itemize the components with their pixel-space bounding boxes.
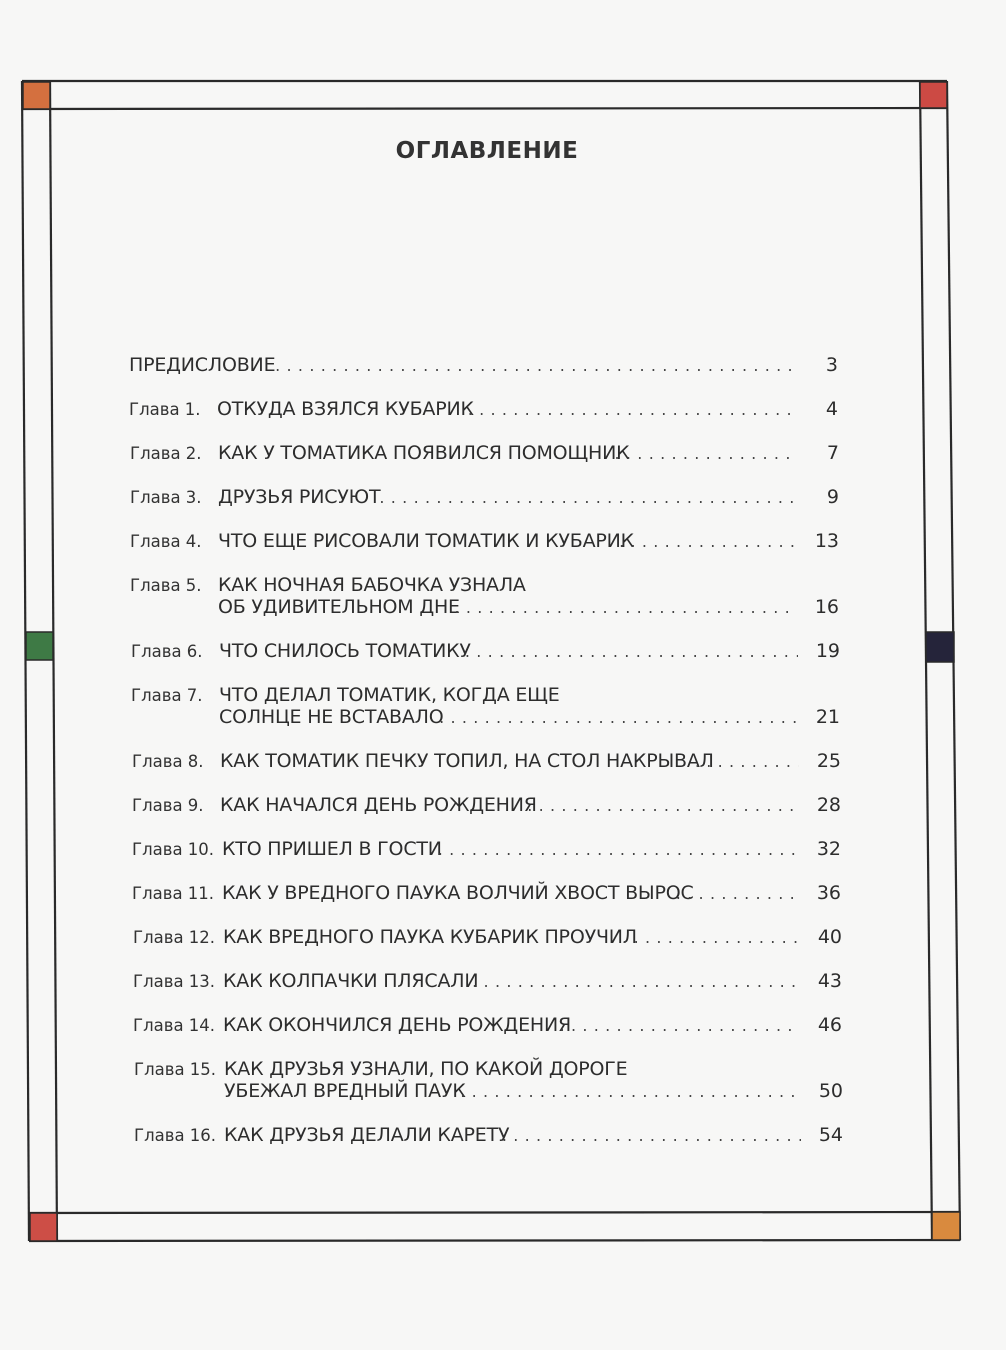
page-number: 32 <box>801 838 841 860</box>
dot-leader: ........................................… <box>438 839 799 861</box>
chapter-label: Глава 5. <box>130 575 202 597</box>
page-number: 7 <box>799 442 839 464</box>
page-number: 19 <box>800 640 840 662</box>
page-number: 54 <box>803 1124 843 1146</box>
chapter-title: ПРЕДИСЛОВИЕ <box>129 354 275 376</box>
dot-leader: ........................................… <box>275 355 796 377</box>
dot-leader: ........................................… <box>527 795 799 817</box>
page-number: 43 <box>802 970 842 992</box>
page-number: 21 <box>800 706 840 728</box>
chapter-title: КАК ОКОНЧИЛСЯ ДЕНЬ РОЖДЕНИЯ <box>223 1014 571 1036</box>
chapter-title: СОЛНЦЕ НЕ ВСТАВАЛО <box>219 706 444 728</box>
dot-leader: ........................................… <box>472 971 800 993</box>
chapter-title: КАК ВРЕДНОГО ПАУКА КУБАРИК ПРОУЧИЛ <box>223 926 637 948</box>
chapter-label: Глава 7. <box>131 685 203 707</box>
dot-leader: ........................................… <box>676 883 799 905</box>
page-number: 50 <box>803 1080 843 1102</box>
chapter-label: Глава 2. <box>130 443 202 465</box>
chapter-title: КАК ДРУЗЬЯ УЗНАЛИ, ПО КАКОЙ ДОРОГЕ <box>224 1058 627 1080</box>
dot-leader: ........................................… <box>695 751 799 773</box>
chapter-title: КАК КОЛПАЧКИ ПЛЯСАЛИ <box>223 970 478 992</box>
chapter-title: КАК НОЧНАЯ БАБОЧКА УЗНАЛА <box>218 574 526 596</box>
dot-leader: ........................................… <box>560 1015 800 1037</box>
page-number: 36 <box>801 882 841 904</box>
chapter-label: Глава 4. <box>130 531 202 553</box>
page-number: 3 <box>798 354 838 376</box>
dot-leader: ........................................… <box>622 927 800 949</box>
chapter-title: УБЕЖАЛ ВРЕДНЫЙ ПАУК <box>224 1080 466 1102</box>
chapter-title: КТО ПРИШЕЛ В ГОСТИ <box>222 838 442 860</box>
chapter-title: ЧТО ДЕЛАЛ ТОМАТИК, КОГДА ЕЩЕ <box>219 684 560 706</box>
chapter-label: Глава 1. <box>129 399 201 421</box>
chapter-label: Глава 9. <box>132 795 204 817</box>
page-number: 46 <box>802 1014 842 1036</box>
chapter-label: Глава 10. <box>132 839 214 861</box>
page-number: 9 <box>799 486 839 508</box>
dot-leader: ........................................… <box>439 707 798 729</box>
chapter-title: КАК ДРУЗЬЯ ДЕЛАЛИ КАРЕТУ <box>224 1124 509 1146</box>
chapter-title: КАК НАЧАЛСЯ ДЕНЬ РОЖДЕНИЯ <box>220 794 537 816</box>
chapter-title: ЧТО СНИЛОСЬ ТОМАТИКУ <box>219 640 471 662</box>
table-of-contents: ПРЕДИСЛОВИЕ.............................… <box>0 0 1006 1350</box>
chapter-title: КАК У ВРЕДНОГО ПАУКА ВОЛЧИЙ ХВОСТ ВЫРОС <box>222 882 694 904</box>
page-number: 4 <box>798 398 838 420</box>
dot-leader: ........................................… <box>454 597 797 619</box>
dot-leader: ........................................… <box>468 399 796 421</box>
chapter-label: Глава 13. <box>133 971 215 993</box>
page-number: 13 <box>799 530 839 552</box>
chapter-title: КАК ТОМАТИК ПЕЧКУ ТОПИЛ, НА СТОЛ НАКРЫВА… <box>220 750 714 772</box>
chapter-label: Глава 8. <box>132 751 204 773</box>
dot-leader: ........................................… <box>615 443 797 465</box>
dot-leader: ........................................… <box>465 641 798 663</box>
chapter-label: Глава 14. <box>133 1015 215 1037</box>
chapter-label: Глава 16. <box>134 1125 216 1147</box>
dot-leader: ........................................… <box>502 1125 801 1147</box>
dot-leader: ........................................… <box>619 531 797 553</box>
page-number: 25 <box>801 750 841 772</box>
dot-leader: ........................................… <box>460 1081 801 1103</box>
page-number: 16 <box>799 596 839 618</box>
chapter-title: ОТКУДА ВЗЯЛСЯ КУБАРИК <box>217 398 474 420</box>
chapter-label: Глава 6. <box>131 641 203 663</box>
chapter-label: Глава 3. <box>130 487 202 509</box>
chapter-title: ДРУЗЬЯ РИСУЮТ <box>218 486 380 508</box>
chapter-label: Глава 11. <box>132 883 214 905</box>
chapter-title: ОБ УДИВИТЕЛЬНОМ ДНЕ <box>218 596 460 618</box>
page-number: 28 <box>801 794 841 816</box>
dot-leader: ........................................… <box>379 487 797 509</box>
chapter-title: ЧТО ЕЩЕ РИСОВАЛИ ТОМАТИК И КУБАРИК <box>218 530 634 552</box>
chapter-title: КАК У ТОМАТИКА ПОЯВИЛСЯ ПОМОЩНИК <box>218 442 629 464</box>
chapter-label: Глава 15. <box>134 1059 216 1081</box>
page-number: 40 <box>802 926 842 948</box>
chapter-label: Глава 12. <box>133 927 215 949</box>
